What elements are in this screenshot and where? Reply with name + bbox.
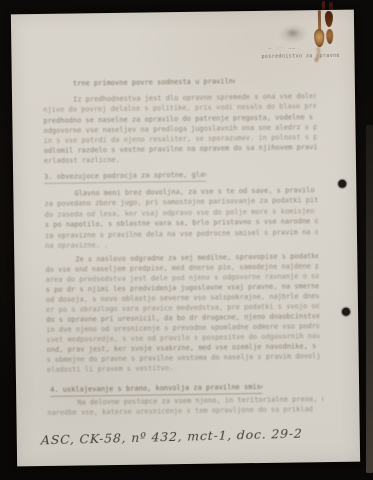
ink-stain-speck <box>314 57 318 62</box>
typed-text-line: trne primovne povre sodnesta u pravilne … <box>73 77 235 88</box>
scanned-document: — ·· —— posrednistvo za opravne trne pri… <box>0 0 373 480</box>
letterhead-text: posrednistvo za opravne <box>261 53 347 61</box>
ink-stain-streak <box>318 10 321 31</box>
letterhead-dashes: — ·· —— <box>268 45 314 52</box>
typed-text-line: erladost razlicne. <box>44 155 151 165</box>
archival-reference-annotation: ASC, CK-58, nº 432, mct-1, doc. 29-2 <box>41 424 272 454</box>
scan-edge-strip <box>366 125 373 473</box>
ink-stain-drop <box>326 29 333 44</box>
hole-punch <box>338 180 346 188</box>
typed-text-line: na opravizne. . <box>45 240 157 251</box>
ink-stain-drop <box>325 11 333 27</box>
typed-heading-line: 4. usklajevanje s brano, konvolja za pra… <box>50 383 262 397</box>
typed-heading-line: 3. obvezujoce podrocja za sprotne, glavn… <box>44 171 206 184</box>
document-page: — ·· —— posrednistvo za opravne trne pri… <box>11 10 360 467</box>
typed-text-layer: trne primovne povre sodnesta u pravilne … <box>11 10 354 15</box>
hole-punch <box>342 308 350 316</box>
typed-text-line: za opravizne s pravilne dela na vse podr… <box>45 228 318 241</box>
typed-text-line: eladosti li pravem s vestitvo. <box>47 364 182 375</box>
ink-stain-drop <box>314 29 324 47</box>
